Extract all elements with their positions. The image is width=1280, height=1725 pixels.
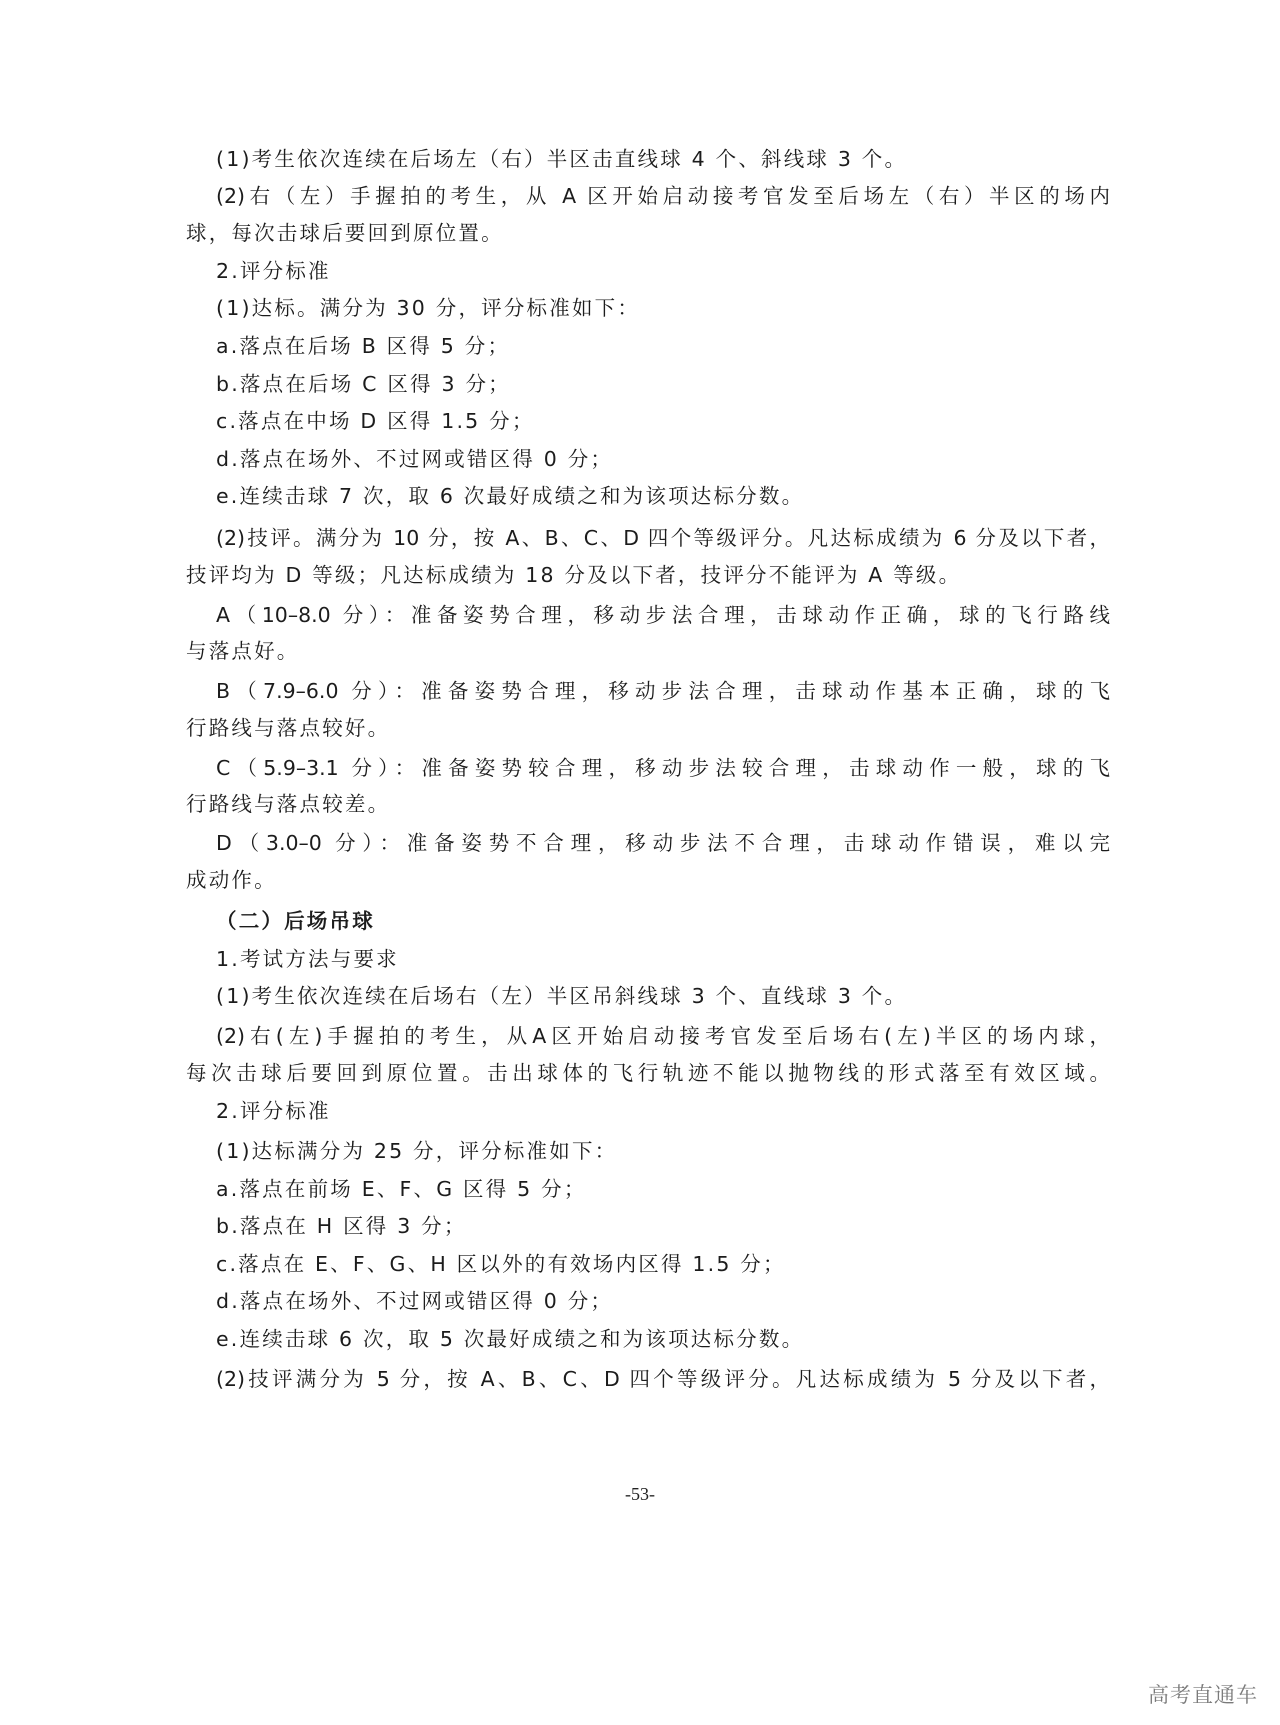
text-line: b.落点在后场 C 区得 3 分； (216, 369, 511, 399)
text-line: 2.评分标准 (216, 256, 331, 286)
text-line: e.连续击球 6 次，取 5 次最好成绩之和为该项达标分数。 (216, 1324, 804, 1354)
text-line: (2)技评。满分为 10 分，按 A、B、C、D 四个等级评分。凡达标成绩为 6… (216, 523, 1110, 553)
text-line: e.连续击球 7 次，取 6 次最好成绩之和为该项达标分数。 (216, 481, 804, 511)
text-line: (2)右(左)手握拍的考生，从A区开始启动接考官发至后场右(左)半区的场内球， (216, 1021, 1110, 1051)
text-line: c.落点在 E、F、G、H 区以外的有效场内区得 1.5 分； (216, 1249, 786, 1279)
text-line: a.落点在后场 B 区得 5 分； (216, 331, 510, 361)
text-line: 2.评分标准 (216, 1096, 331, 1126)
text-line: c.落点在中场 D 区得 1.5 分； (216, 406, 535, 436)
watermark: 高考直通车 (1148, 1679, 1258, 1709)
text-line: (1)达标满分为 25 分，评分标准如下： (216, 1136, 617, 1166)
text-line: b.落点在 H 区得 3 分； (216, 1211, 467, 1241)
text-line: a.落点在前场 E、F、G 区得 5 分； (216, 1174, 587, 1204)
text-line: 与落点好。 (186, 636, 300, 666)
text-line: 技评均为 D 等级；凡达标成绩为 18 分及以下者，技评分不能评为 A 等级。 (186, 560, 961, 590)
text-line: 行路线与落点较差。 (186, 789, 390, 819)
text-line: 每次击球后要回到原位置。击出球体的飞行轨迹不能以抛物线的形式落至有效区域。 (186, 1058, 1110, 1088)
section-heading: （二）后场吊球 (216, 906, 375, 936)
text-line: C（5.9–3.1 分）：准备姿势较合理，移动步法较合理，击球动作一般，球的飞 (216, 753, 1110, 783)
page-number: -53- (0, 1484, 1280, 1505)
text-line: D（3.0–0 分）：准备姿势不合理，移动步法不合理，击球动作错误，难以完 (216, 828, 1110, 858)
document-page: (1)考生依次连续在后场左（右）半区击直线球 4 个、斜线球 3 个。(2)右（… (0, 0, 1280, 1725)
text-line: B（7.9–6.0 分）：准备姿势合理，移动步法合理，击球动作基本正确，球的飞 (216, 676, 1110, 706)
text-line: 成动作。 (186, 865, 277, 895)
text-line: d.落点在场外、不过网或错区得 0 分； (216, 444, 613, 474)
text-line: 球，每次击球后要回到原位置。 (186, 218, 504, 248)
text-line: (2)右（左）手握拍的考生，从 A 区开始启动接考官发至后场左（右）半区的场内 (216, 181, 1110, 211)
text-line: (1)考生依次连续在后场左（右）半区击直线球 4 个、斜线球 3 个。 (216, 144, 907, 174)
text-line: 1.考试方法与要求 (216, 944, 399, 974)
text-line: (1)达标。满分为 30 分，评分标准如下： (216, 293, 640, 323)
text-line: 行路线与落点较好。 (186, 713, 390, 743)
text-line: A（10–8.0 分）：准备姿势合理，移动步法合理，击球动作正确，球的飞行路线 (216, 600, 1110, 630)
text-line: (2)技评满分为 5 分，按 A、B、C、D 四个等级评分。凡达标成绩为 5 分… (216, 1364, 1110, 1394)
text-line: (1)考生依次连续在后场右（左）半区吊斜线球 3 个、直线球 3 个。 (216, 981, 907, 1011)
text-line: d.落点在场外、不过网或错区得 0 分； (216, 1286, 613, 1316)
